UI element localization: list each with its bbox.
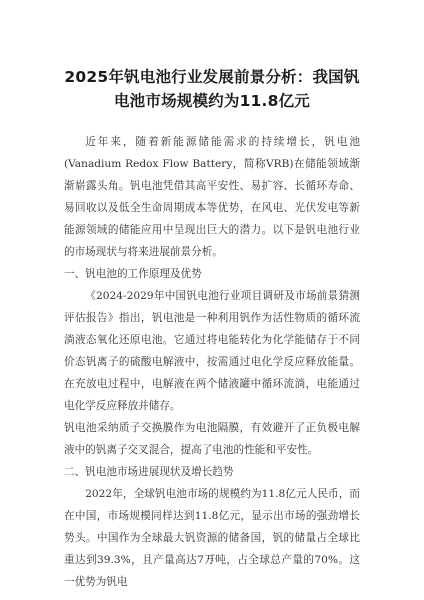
- section-1-heading: 一、钒电池的工作原理及优势: [64, 263, 360, 285]
- section-2-paragraph-1: 2022年，全球钒电池市场的规模约为11.8亿元人民币，而在中国，市场规模同样达…: [64, 483, 360, 593]
- section-1: 一、钒电池的工作原理及优势 《2024-2029年中国钒电池行业项目调研及市场前…: [64, 263, 360, 593]
- section-1-paragraph-1: 《2024-2029年中国钒电池行业项目调研及市场前景猜测评估报告》指出，钒电池…: [64, 285, 360, 417]
- title-line-2: 电池市场规模约为11.8亿元: [40, 89, 384, 113]
- document-title: 2025年钒电池行业发展前景分析：我国钒 电池市场规模约为11.8亿元: [40, 65, 384, 113]
- intro-paragraph: 近年来，随着新能源储能需求的持续增长，钒电池(Vanadium Redox Fl…: [64, 131, 360, 263]
- document-page: 2025年钒电池行业发展前景分析：我国钒 电池市场规模约为11.8亿元 近年来，…: [0, 0, 424, 600]
- title-line-1: 2025年钒电池行业发展前景分析：我国钒: [40, 65, 384, 89]
- section-2-heading: 二、钒电池市场进展现状及增长趋势: [64, 461, 360, 483]
- section-1-paragraph-2: 钒电池采纳质子交换膜作为电池隔膜，有效避开了正负极电解液中的钒离子交叉混合，提高…: [64, 417, 360, 461]
- intro-paragraph-block: 近年来，随着新能源储能需求的持续增长，钒电池(Vanadium Redox Fl…: [64, 131, 360, 263]
- page-number: -1-: [0, 554, 424, 563]
